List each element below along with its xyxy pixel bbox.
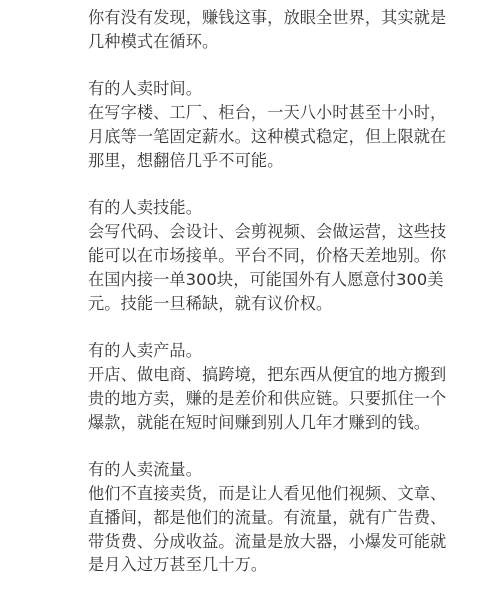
- text-line: 你有没有发现，赚钱这事，放眼全世界，其实就是: [88, 6, 418, 30]
- article-body: 你有没有发现，赚钱这事，放眼全世界，其实就是 几种模式在循环。 有的人卖时间。 …: [88, 6, 418, 500]
- text-line: 月底等一笔固定薪水。这种模式稳定，但上限就在: [88, 125, 418, 149]
- text-line: 元。技能一旦稀缺，就有议价权。: [88, 292, 418, 316]
- text-line: 在国内接一单300块，可能国外有人愿意付300美: [88, 268, 418, 292]
- text-line: 会写代码、会设计、会剪视频、会做运营，这些技: [88, 220, 418, 244]
- text-line: 在写字楼、工厂、柜台，一天八小时甚至十小时，: [88, 101, 418, 125]
- intro-paragraph: 你有没有发现，赚钱这事，放眼全世界，其实就是 几种模式在循环。: [88, 6, 418, 54]
- section-heading: 有的人卖技能。: [88, 196, 418, 220]
- section-sell-skills: 有的人卖技能。 会写代码、会设计、会剪视频、会做运营，这些技 能可以在市场接单。…: [88, 196, 418, 315]
- text-line: 开店、做电商、搞跨境，把东西从便宜的地方搬到: [88, 363, 418, 387]
- section-sell-products: 有的人卖产品。 开店、做电商、搞跨境，把东西从便宜的地方搬到 贵的地方卖，赚的是…: [88, 339, 418, 434]
- section-heading: 有的人卖流量。: [88, 458, 418, 482]
- text-line: 他们不直接卖货，而是让人看见他们视频、文章、: [88, 482, 418, 500]
- section-sell-traffic: 有的人卖流量。 他们不直接卖货，而是让人看见他们视频、文章、 直播间，都是他们的…: [88, 458, 418, 500]
- section-heading: 有的人卖时间。: [88, 77, 418, 101]
- text-line: 几种模式在循环。: [88, 30, 418, 54]
- text-line: 爆款，就能在短时间赚到别人几年才赚到的钱。: [88, 411, 418, 435]
- section-sell-time: 有的人卖时间。 在写字楼、工厂、柜台，一天八小时甚至十小时， 月底等一笔固定薪水…: [88, 77, 418, 172]
- text-line: 贵的地方卖，赚的是差价和供应链。只要抓住一个: [88, 387, 418, 411]
- text-line: 那里，想翻倍几乎不可能。: [88, 149, 418, 173]
- text-line: 能可以在市场接单。平台不同，价格天差地别。你: [88, 244, 418, 268]
- section-heading: 有的人卖产品。: [88, 339, 418, 363]
